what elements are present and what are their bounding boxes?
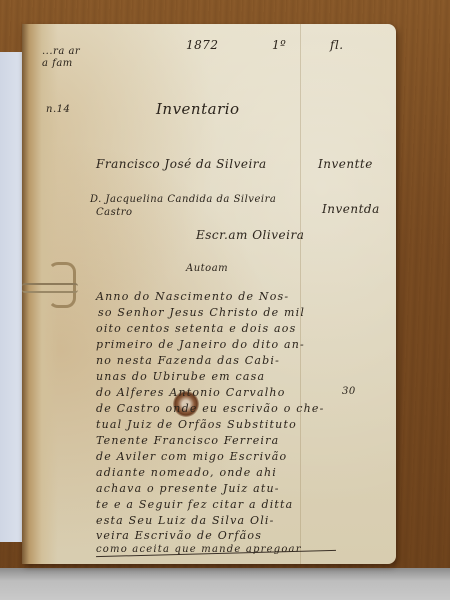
party-name: D. Jacquelina Candida da Silveira xyxy=(90,194,276,205)
body-line: esta Seu Luiz da Silva Oli- xyxy=(96,514,275,527)
margin-number: 30 xyxy=(342,386,356,397)
body-line: veira Escrivão de Orfãos xyxy=(96,529,262,542)
scrivener-name: Escr.am Oliveira xyxy=(196,228,304,242)
body-line: do Alferes Antonio Carvalho xyxy=(96,386,286,399)
document-title: Inventario xyxy=(156,100,240,118)
page-fold-line xyxy=(300,24,301,564)
body-line: de Castro onde eu escrivão o che- xyxy=(96,402,325,415)
margin-note: a fam xyxy=(42,58,73,69)
party-role: Inventte xyxy=(318,157,373,171)
body-line: Tenente Francisco Ferreira xyxy=(96,434,279,447)
body-line: primeiro de Janeiro do dito an- xyxy=(96,338,305,351)
document-year: 1872 xyxy=(186,38,219,52)
folio-label: fl. xyxy=(330,38,344,52)
body-line: tual Juiz de Orfãos Substituto xyxy=(96,418,297,431)
margin-note: ...ra ar xyxy=(42,46,80,57)
body-line: no nesta Fazenda das Cabi- xyxy=(96,354,280,367)
body-line: so Senhor Jesus Christo de mil xyxy=(98,306,305,319)
body-line: achava o presente Juiz atu- xyxy=(96,482,280,495)
underlying-gray-sheet xyxy=(0,568,450,600)
body-line: Anno do Nascimento de Nos- xyxy=(96,290,289,303)
body-line: adiante nomeado, onde ahi xyxy=(96,466,277,479)
body-line: te e a Seguir fez citar a ditta xyxy=(96,498,293,511)
body-line: oito centos setenta e dois aos xyxy=(96,322,296,335)
binding-string xyxy=(22,283,78,293)
body-line: unas do Ubirube em casa xyxy=(96,370,265,383)
document-number: 1º xyxy=(272,38,286,52)
party-name: Francisco José da Silveira xyxy=(96,157,267,171)
body-line: de Aviler com migo Escrivão xyxy=(96,450,287,463)
margin-note: n.14 xyxy=(46,104,70,115)
party-name-continued: Castro xyxy=(96,207,133,218)
autuacao-label: Autoam xyxy=(186,263,228,274)
party-role: Inventda xyxy=(322,202,380,216)
